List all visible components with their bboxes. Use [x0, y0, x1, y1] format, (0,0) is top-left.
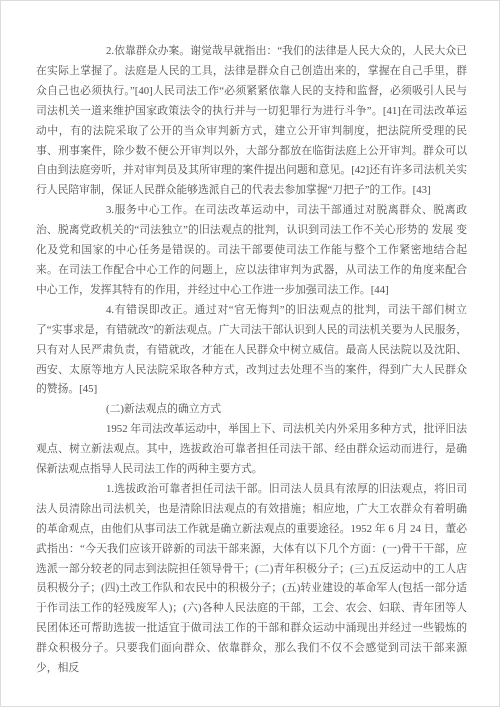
paragraph-serve-central-work: 3.服务中心工作。在司法改革运动中，司法干部通过对脱离群众、脱离政治、脱离党政机… [36, 201, 467, 301]
paragraph-1952-reform-methods: 1952 年司法改革运动中，举国上下、司法机关内外采用多种方式，批评旧法观点、树… [36, 420, 467, 480]
section-heading-new-law-viewpoint: (二)新法观点的确立方式 [36, 400, 467, 420]
paragraph-select-reliable-cadres: 1.选拔政治可靠者担任司法干部。旧司法人员具有浓厚的旧法观点，将旧司法人员清除出… [36, 480, 467, 679]
document-page: 2.依靠群众办案。谢觉哉早就指出：“我们的法律是人民大众的，人民大众已在实际上掌… [0, 0, 500, 707]
paragraph-correct-errors: 4.有错误即改正。通过对“官无悔判”的旧法观点的批判，司法干部们树立了“实事求是… [36, 301, 467, 401]
paragraph-rely-on-masses: 2.依靠群众办案。谢觉哉早就指出：“我们的法律是人民大众的，人民大众已在实际上掌… [36, 42, 467, 201]
